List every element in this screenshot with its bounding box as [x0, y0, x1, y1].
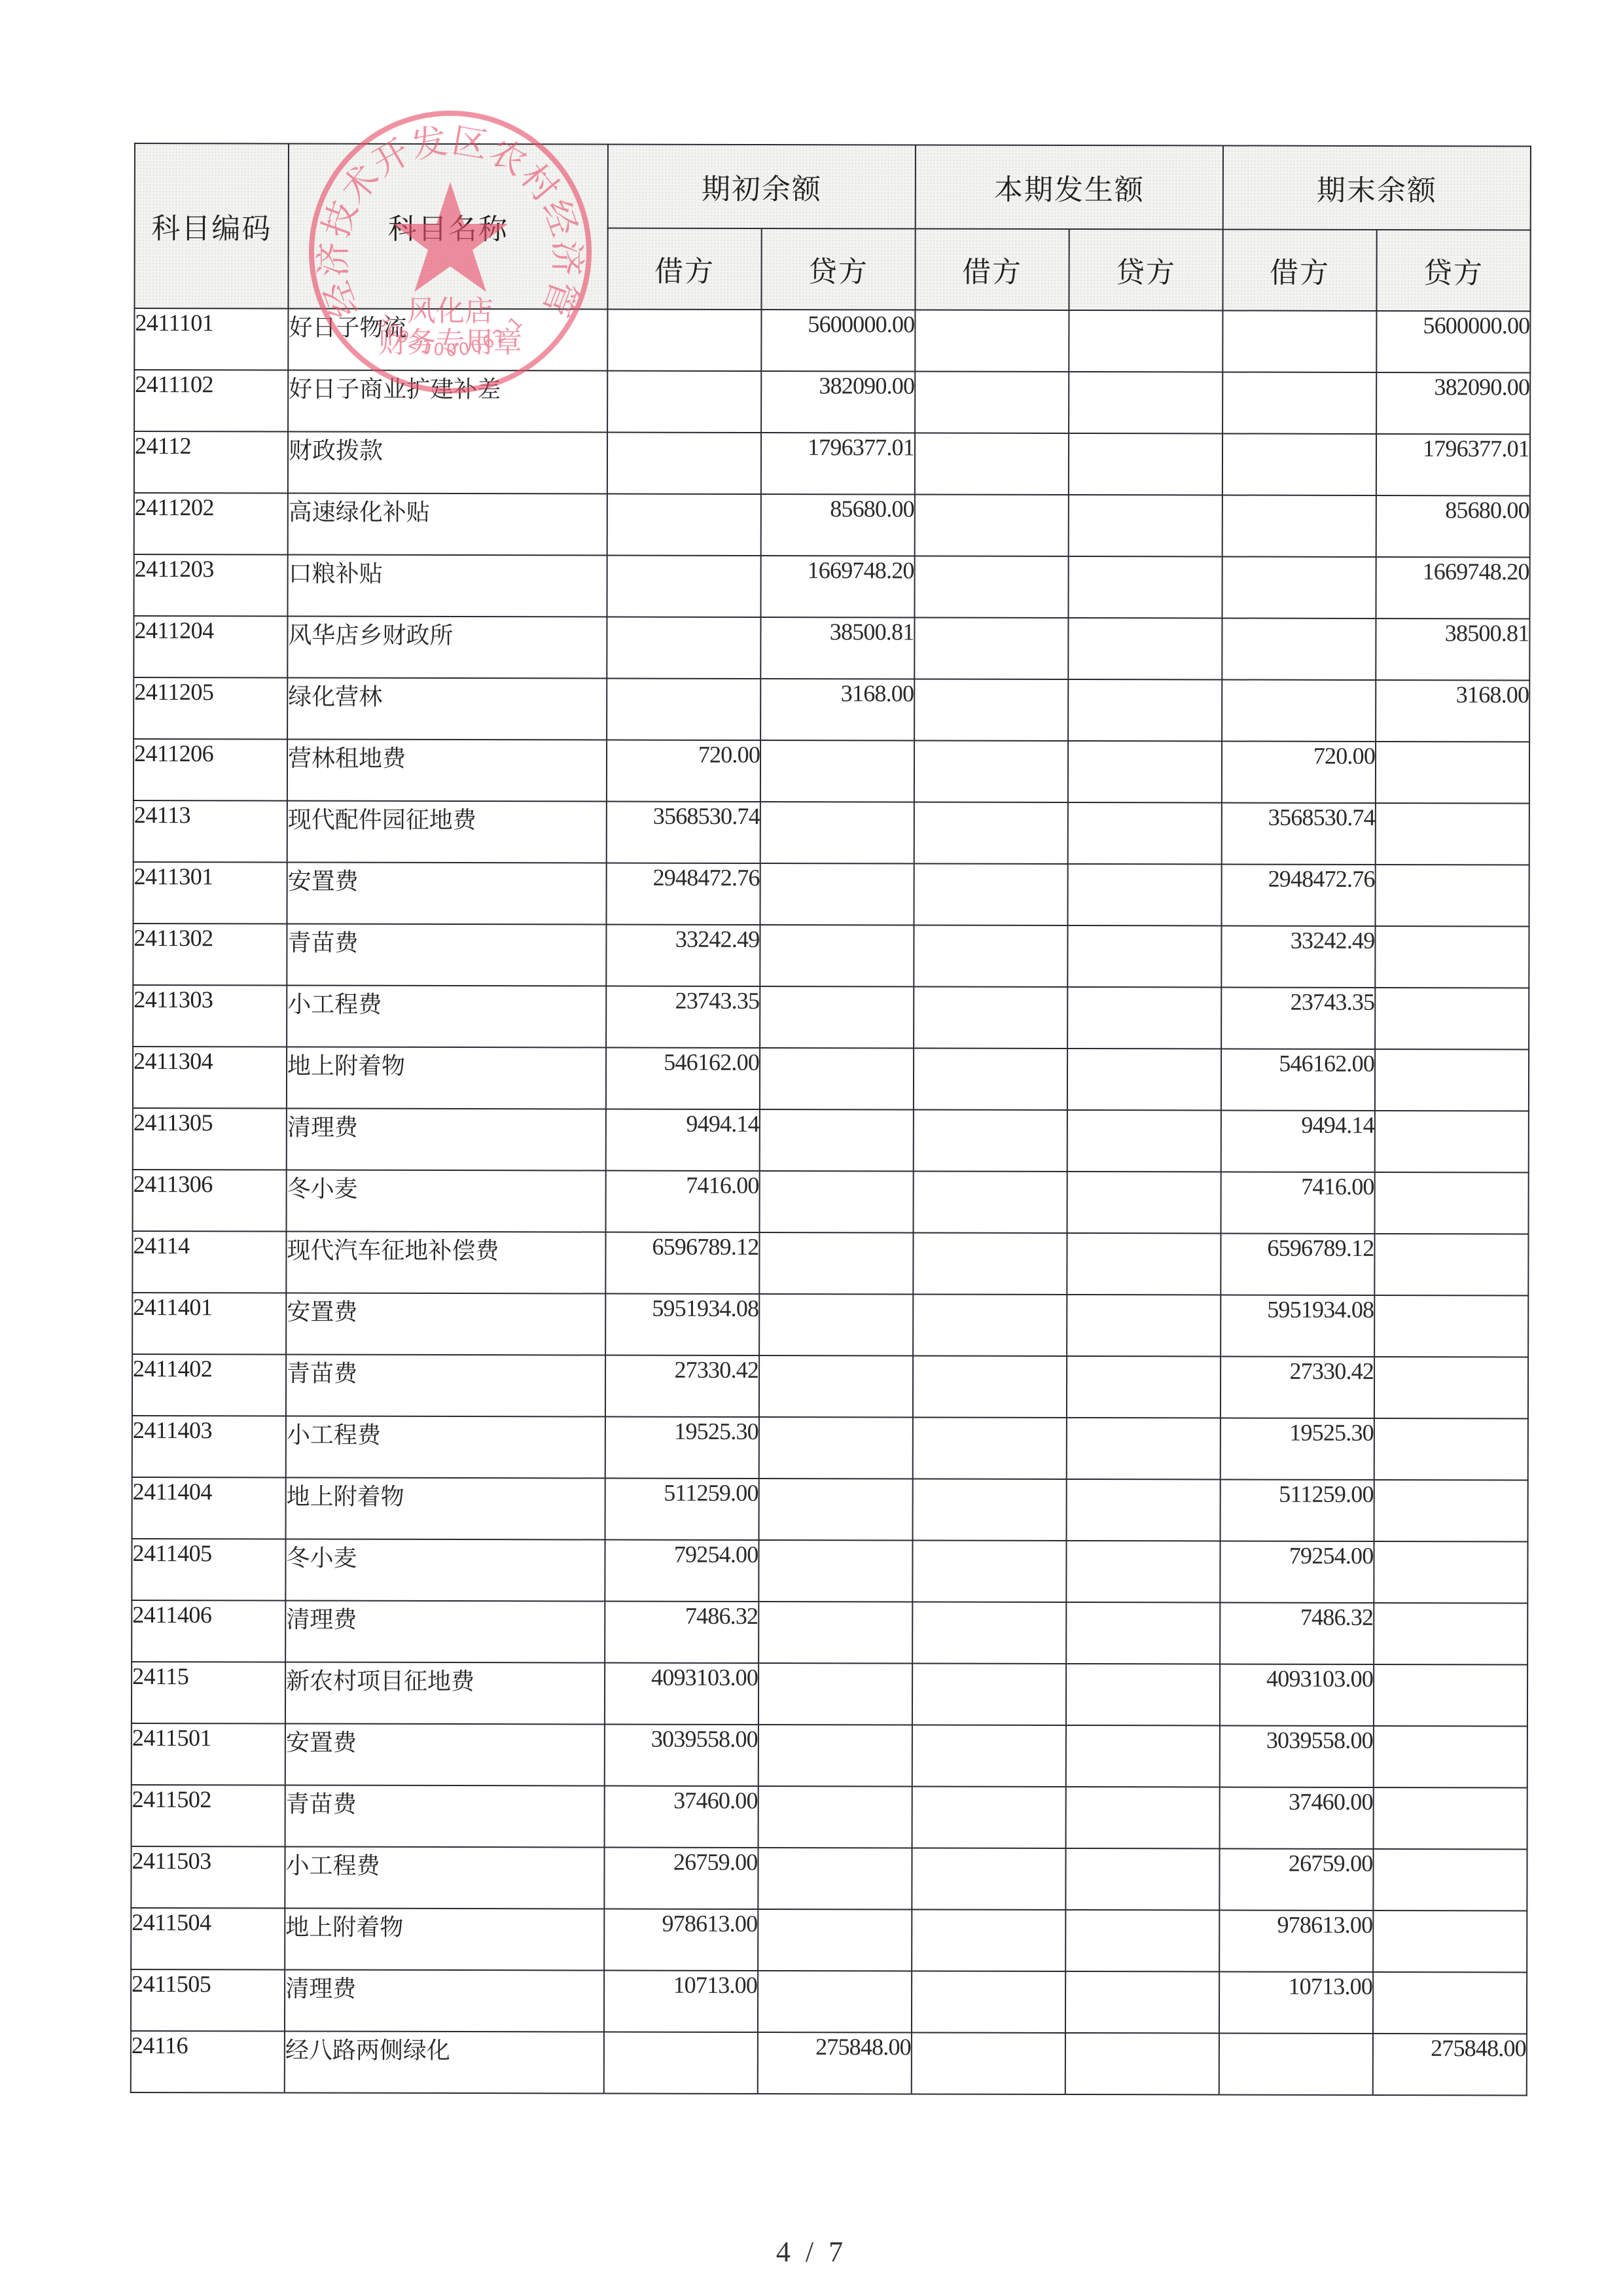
table-row: 2411501安置费3039558.003039558.00 [132, 1723, 1527, 1787]
account-name: 青苗费 [285, 1785, 605, 1847]
open-credit-cell [759, 1232, 913, 1294]
account-code: 2411101 [134, 308, 288, 370]
open-credit-cell [758, 1663, 912, 1725]
open-debit-cell: 33242.49 [606, 925, 760, 986]
period-credit-cell [1067, 1356, 1221, 1418]
account-name: 口粮补贴 [287, 554, 607, 617]
open-debit-cell [607, 371, 761, 433]
open-debit-cell: 3039558.00 [605, 1725, 758, 1786]
account-code: 2411203 [134, 554, 287, 616]
open-credit-cell [760, 740, 914, 802]
table-row: 2411504地上附着物978613.00978613.00 [131, 1908, 1527, 1972]
close-debit-cell: 720.00 [1222, 741, 1376, 802]
period-credit-cell [1067, 1049, 1221, 1110]
open-credit-cell [759, 1355, 913, 1417]
open-credit-cell [759, 1294, 913, 1355]
open-credit-cell: 1669748.20 [760, 556, 914, 617]
close-debit-cell: 9494.14 [1221, 1110, 1375, 1172]
period-debit-cell [915, 310, 1069, 372]
close-credit-cell: 38500.81 [1376, 619, 1529, 680]
close-credit-cell [1375, 865, 1529, 926]
open-debit-cell: 26759.00 [604, 1848, 758, 1909]
close-debit-cell [1222, 618, 1376, 679]
close-debit-cell: 6596789.12 [1221, 1233, 1374, 1295]
open-debit-cell: 10713.00 [604, 1971, 758, 2032]
account-name: 清理费 [285, 1969, 604, 2032]
open-debit-cell [607, 617, 760, 679]
close-credit-cell [1374, 1787, 1527, 1849]
close-credit-cell: 3168.00 [1376, 680, 1529, 742]
period-credit-cell [1069, 433, 1222, 495]
table-row: 24112财政拨款1796377.011796377.01 [134, 431, 1530, 495]
open-debit-cell: 546162.00 [606, 1048, 760, 1109]
period-credit-cell [1069, 495, 1222, 556]
table-row: 2411206营林租地费720.00720.00 [134, 739, 1529, 803]
period-credit-cell [1066, 1725, 1220, 1787]
close-credit-cell [1374, 1418, 1528, 1480]
open-debit-cell: 23743.35 [606, 986, 760, 1048]
close-credit-cell [1375, 988, 1529, 1049]
close-credit-cell [1374, 1664, 1527, 1726]
period-debit-cell [913, 1232, 1067, 1294]
header-opening-balance: 期初余额 [608, 145, 916, 229]
account-name: 高速绿化补贴 [288, 493, 607, 555]
open-credit-cell: 38500.81 [760, 617, 914, 679]
account-name: 现代汽车征地补偿费 [286, 1231, 605, 1293]
period-debit-cell [912, 2032, 1065, 2094]
open-debit-cell: 720.00 [607, 740, 760, 802]
close-debit-cell [1222, 495, 1376, 556]
account-name: 地上附着物 [286, 1477, 605, 1539]
close-debit-cell [1222, 310, 1376, 372]
table-row: 2411406清理费7486.327486.32 [132, 1600, 1527, 1664]
table-row: 24115新农村项目征地费4093103.004093103.00 [132, 1662, 1527, 1726]
period-credit-cell [1067, 925, 1221, 987]
close-credit-cell [1374, 1357, 1528, 1418]
close-credit-cell: 1796377.01 [1376, 434, 1530, 495]
period-debit-cell [912, 1848, 1065, 1909]
close-debit-cell: 3568530.74 [1222, 802, 1376, 864]
account-name: 安置费 [287, 862, 607, 924]
close-credit-cell: 1669748.20 [1376, 557, 1529, 619]
period-credit-cell [1068, 802, 1222, 864]
header-period-debit: 借方 [915, 229, 1069, 310]
table-row: 2411202高速绿化补贴85680.0085680.00 [134, 493, 1530, 557]
account-name: 冬小麦 [287, 1170, 606, 1232]
account-code: 2411502 [132, 1785, 285, 1846]
account-code: 2411301 [134, 862, 287, 924]
account-code: 2411205 [134, 677, 287, 739]
period-debit-cell [912, 1725, 1066, 1786]
account-code: 2411405 [132, 1539, 285, 1600]
period-credit-cell [1069, 310, 1222, 372]
period-credit-cell [1067, 1295, 1221, 1356]
period-credit-cell [1066, 1602, 1220, 1664]
period-debit-cell [914, 1109, 1067, 1171]
close-credit-cell [1376, 803, 1529, 865]
period-debit-cell [914, 1048, 1067, 1109]
close-credit-cell: 382090.00 [1376, 372, 1530, 434]
close-credit-cell [1375, 1111, 1529, 1172]
close-credit-cell [1374, 1726, 1527, 1787]
close-credit-cell: 275848.00 [1373, 2034, 1527, 2095]
close-debit-cell [1222, 679, 1376, 741]
close-credit-cell [1374, 1480, 1528, 1541]
open-credit-cell [760, 1171, 914, 1232]
open-debit-cell [607, 679, 760, 740]
period-credit-cell [1069, 372, 1222, 433]
period-credit-cell [1066, 1787, 1220, 1848]
account-code: 2411504 [131, 1908, 285, 1969]
open-debit-cell: 2948472.76 [606, 863, 760, 925]
open-debit-cell: 5951934.08 [605, 1294, 759, 1355]
close-debit-cell: 27330.42 [1221, 1356, 1374, 1418]
table-row: 2411405冬小麦79254.0079254.00 [132, 1539, 1527, 1603]
close-credit-cell [1374, 1295, 1528, 1357]
open-credit-cell: 3168.00 [760, 679, 914, 740]
period-credit-cell [1066, 1664, 1220, 1725]
period-credit-cell [1067, 1110, 1221, 1172]
period-debit-cell [912, 1786, 1066, 1848]
account-name: 青苗费 [287, 924, 606, 986]
account-name: 安置费 [286, 1293, 605, 1355]
table-row: 2411304地上附着物546162.00546162.00 [133, 1047, 1529, 1111]
table-row: 24113现代配件园征地费3568530.743568530.74 [134, 800, 1529, 865]
close-debit-cell: 19525.30 [1221, 1418, 1374, 1479]
table-row: 2411203口粮补贴1669748.201669748.20 [134, 554, 1529, 619]
close-debit-cell: 7416.00 [1221, 1172, 1375, 1233]
period-credit-cell [1068, 741, 1222, 802]
account-code: 24112 [134, 431, 288, 493]
account-name: 营林租地费 [287, 739, 607, 801]
account-code: 2411304 [133, 1047, 287, 1108]
open-debit-cell: 19525.30 [605, 1417, 759, 1479]
open-credit-cell: 5600000.00 [761, 310, 915, 371]
open-debit-cell: 37460.00 [605, 1786, 758, 1848]
table-row: 2411101好日子物流5600000.005600000.00 [134, 308, 1530, 372]
open-credit-cell [759, 1417, 913, 1479]
account-name: 小工程费 [285, 1846, 604, 1909]
open-credit-cell [760, 863, 914, 925]
open-debit-cell [607, 433, 761, 494]
account-code: 2411402 [132, 1354, 286, 1416]
open-credit-cell: 275848.00 [758, 2032, 912, 2094]
period-credit-cell [1065, 1971, 1219, 2033]
table-row: 2411303小工程费23743.3523743.35 [133, 985, 1529, 1049]
table-body: 2411101好日子物流5600000.005600000.002411102好… [131, 308, 1531, 2095]
header-account-name: 科目名称 [288, 143, 608, 309]
account-name: 风华店乡财政所 [287, 616, 607, 678]
open-debit-cell: 4093103.00 [605, 1663, 758, 1725]
account-name: 现代配件园征地费 [287, 800, 607, 863]
period-credit-cell [1066, 1541, 1220, 1602]
account-code: 2411204 [134, 616, 287, 677]
table-row: 2411102好日子商业扩建补差382090.00382090.00 [134, 370, 1530, 434]
account-code: 2411406 [132, 1600, 285, 1662]
account-name: 新农村项目征地费 [285, 1662, 605, 1724]
period-debit-cell [915, 371, 1069, 433]
close-debit-cell: 79254.00 [1220, 1541, 1374, 1602]
account-code: 2411401 [132, 1293, 286, 1354]
close-debit-cell: 511259.00 [1221, 1479, 1374, 1541]
header-opening-credit: 贷方 [761, 228, 915, 310]
close-credit-cell [1376, 742, 1529, 803]
account-code: 2411302 [133, 924, 287, 985]
period-debit-cell [914, 679, 1068, 740]
period-debit-cell [914, 1171, 1067, 1232]
account-name: 地上附着物 [287, 1047, 606, 1109]
account-name: 清理费 [287, 1108, 606, 1170]
account-code: 2411102 [134, 370, 288, 431]
period-debit-cell [912, 1909, 1065, 1971]
table-row: 2411204风华店乡财政所38500.8138500.81 [134, 616, 1529, 680]
period-debit-cell [912, 1602, 1066, 1663]
table-row: 2411403小工程费19525.3019525.30 [132, 1416, 1528, 1480]
account-code: 24113 [134, 800, 287, 862]
close-debit-cell: 7486.32 [1220, 1602, 1374, 1664]
period-credit-cell [1068, 679, 1222, 741]
open-credit-cell [758, 1909, 912, 1971]
account-code: 24114 [132, 1231, 286, 1293]
account-name: 小工程费 [287, 985, 606, 1047]
period-credit-cell [1067, 1479, 1221, 1541]
account-code: 2411503 [131, 1846, 285, 1908]
period-debit-cell [913, 1479, 1067, 1540]
period-debit-cell [913, 1355, 1067, 1417]
account-name: 经八路两侧绿化 [285, 2031, 604, 2093]
header-period-amount: 本期发生额 [916, 145, 1223, 230]
period-debit-cell [914, 802, 1068, 863]
close-debit-cell [1219, 2033, 1373, 2094]
open-debit-cell [607, 310, 761, 371]
period-debit-cell [913, 1294, 1067, 1355]
open-credit-cell [760, 925, 914, 986]
table-row: 2411502青苗费37460.0037460.00 [132, 1785, 1527, 1849]
account-name: 小工程费 [286, 1416, 605, 1478]
header-closing-balance: 期末余额 [1223, 145, 1531, 230]
close-credit-cell: 5600000.00 [1376, 311, 1530, 372]
close-credit-cell [1374, 1234, 1528, 1295]
period-credit-cell [1065, 1910, 1219, 1971]
open-debit-cell: 7416.00 [606, 1171, 760, 1232]
close-debit-cell: 33242.49 [1221, 925, 1375, 987]
table-row: 2411404地上附着物511259.00511259.00 [132, 1477, 1528, 1541]
table-row: 24116经八路两侧绿化275848.00275848.00 [131, 2031, 1527, 2095]
table-row: 2411402青苗费27330.4227330.42 [132, 1354, 1528, 1418]
period-credit-cell [1067, 1233, 1221, 1295]
open-debit-cell [604, 2032, 758, 2094]
table-row: 2411305清理费9494.149494.14 [133, 1108, 1529, 1172]
period-credit-cell [1068, 618, 1222, 679]
account-code: 2411501 [132, 1723, 285, 1785]
open-credit-cell [758, 1971, 912, 2032]
close-credit-cell [1374, 1541, 1527, 1603]
account-code: 24115 [132, 1662, 285, 1723]
period-credit-cell [1065, 2033, 1219, 2094]
open-credit-cell [758, 1540, 912, 1602]
period-debit-cell [914, 986, 1067, 1048]
table-row: 2411401安置费5951934.085951934.08 [132, 1293, 1528, 1357]
close-debit-cell [1222, 433, 1376, 495]
table-row: 2411503小工程费26759.0026759.00 [131, 1846, 1527, 1910]
close-debit-cell: 4093103.00 [1220, 1664, 1374, 1725]
account-name: 地上附着物 [285, 1908, 604, 1970]
period-debit-cell [912, 1971, 1065, 2032]
close-credit-cell [1373, 1849, 1527, 1910]
close-credit-cell [1375, 1049, 1529, 1111]
account-name: 清理费 [285, 1600, 605, 1662]
close-debit-cell [1222, 556, 1376, 618]
table-row: 2411505清理费10713.0010713.00 [131, 1969, 1527, 2034]
account-code: 2411202 [134, 493, 288, 554]
period-debit-cell [914, 740, 1068, 802]
close-debit-cell [1222, 372, 1376, 433]
open-debit-cell: 79254.00 [605, 1540, 758, 1602]
open-credit-cell [758, 1848, 912, 1909]
open-credit-cell: 85680.00 [761, 494, 915, 556]
close-debit-cell: 26759.00 [1219, 1848, 1373, 1910]
period-debit-cell [915, 433, 1069, 494]
account-code: 2411306 [133, 1170, 287, 1231]
account-name: 财政拨款 [288, 431, 607, 493]
open-credit-cell [760, 1048, 914, 1109]
close-debit-cell: 37460.00 [1220, 1787, 1374, 1848]
close-credit-cell: 85680.00 [1376, 495, 1530, 557]
open-debit-cell [607, 494, 761, 556]
table-row: 24114现代汽车征地补偿费6596789.126596789.12 [132, 1231, 1528, 1295]
account-code: 2411505 [131, 1969, 285, 2031]
open-credit-cell [758, 1602, 912, 1663]
close-credit-cell [1373, 1910, 1527, 1972]
open-debit-cell: 7486.32 [605, 1602, 758, 1663]
open-credit-cell [758, 1786, 912, 1848]
period-debit-cell [912, 1540, 1066, 1602]
period-debit-cell [912, 1663, 1066, 1725]
header-closing-debit: 借方 [1222, 229, 1376, 310]
close-debit-cell: 10713.00 [1219, 1971, 1373, 2033]
close-debit-cell: 2948472.76 [1221, 864, 1375, 925]
close-debit-cell: 5951934.08 [1221, 1295, 1374, 1356]
account-code: 2411303 [133, 985, 287, 1047]
account-name: 安置费 [285, 1723, 605, 1785]
account-name: 好日子物流 [288, 308, 607, 370]
header-closing-credit: 贷方 [1376, 230, 1530, 311]
period-credit-cell [1068, 556, 1222, 618]
close-debit-cell: 546162.00 [1221, 1049, 1375, 1110]
open-debit-cell: 978613.00 [604, 1909, 758, 1971]
header-account-code: 科目编码 [134, 143, 289, 308]
open-credit-cell [760, 802, 914, 863]
close-debit-cell: 3039558.00 [1220, 1725, 1374, 1787]
open-credit-cell [759, 1479, 913, 1540]
close-credit-cell [1375, 1172, 1529, 1234]
open-debit-cell [607, 556, 760, 617]
open-debit-cell: 27330.42 [605, 1355, 759, 1417]
header-opening-debit: 借方 [607, 228, 761, 310]
period-debit-cell [915, 494, 1069, 556]
open-credit-cell: 382090.00 [761, 371, 915, 433]
account-name: 绿化营林 [287, 677, 607, 740]
open-debit-cell: 511259.00 [605, 1479, 759, 1540]
close-credit-cell [1374, 1603, 1527, 1664]
period-credit-cell [1065, 1848, 1219, 1910]
period-credit-cell [1067, 987, 1221, 1049]
period-debit-cell [914, 556, 1068, 617]
period-credit-cell [1067, 1172, 1221, 1233]
table-row: 2411205绿化营林3168.003168.00 [134, 677, 1529, 742]
period-debit-cell [914, 617, 1068, 679]
account-name: 冬小麦 [285, 1539, 605, 1601]
open-debit-cell: 9494.14 [606, 1109, 760, 1171]
account-name: 好日子商业扩建补差 [288, 370, 607, 432]
table-row: 2411301安置费2948472.762948472.76 [134, 862, 1529, 926]
table-row: 2411306冬小麦7416.007416.00 [133, 1170, 1529, 1234]
open-credit-cell [760, 986, 914, 1048]
account-code: 2411206 [134, 739, 287, 800]
open-credit-cell [758, 1725, 912, 1786]
open-credit-cell: 1796377.01 [761, 433, 915, 494]
open-credit-cell [760, 1109, 914, 1171]
close-debit-cell: 23743.35 [1221, 987, 1375, 1049]
close-debit-cell: 978613.00 [1219, 1910, 1373, 1971]
close-credit-cell [1373, 1972, 1527, 2034]
open-debit-cell: 3568530.74 [607, 802, 760, 863]
account-code: 2411404 [132, 1477, 286, 1539]
period-debit-cell [914, 925, 1067, 986]
account-code: 2411403 [132, 1416, 286, 1477]
period-debit-cell [913, 1417, 1067, 1479]
account-code: 24116 [131, 2031, 285, 2092]
close-credit-cell [1375, 926, 1529, 988]
account-balance-table: 科目编码 科目名称 期初余额 本期发生额 期末余额 借方 贷方 借方 贷方 借方… [130, 143, 1531, 2096]
open-debit-cell: 6596789.12 [605, 1232, 759, 1294]
ledger-sheet: 科目编码 科目名称 期初余额 本期发生额 期末余额 借方 贷方 借方 贷方 借方… [130, 143, 1531, 2096]
page-number: 4 / 7 [0, 2235, 1623, 2269]
table-row: 2411302青苗费33242.4933242.49 [133, 924, 1529, 988]
account-name: 青苗费 [286, 1354, 605, 1416]
period-debit-cell [914, 863, 1067, 925]
account-code: 2411305 [133, 1108, 287, 1170]
period-credit-cell [1067, 1418, 1221, 1479]
header-period-credit: 贷方 [1069, 229, 1222, 310]
period-credit-cell [1067, 864, 1221, 925]
